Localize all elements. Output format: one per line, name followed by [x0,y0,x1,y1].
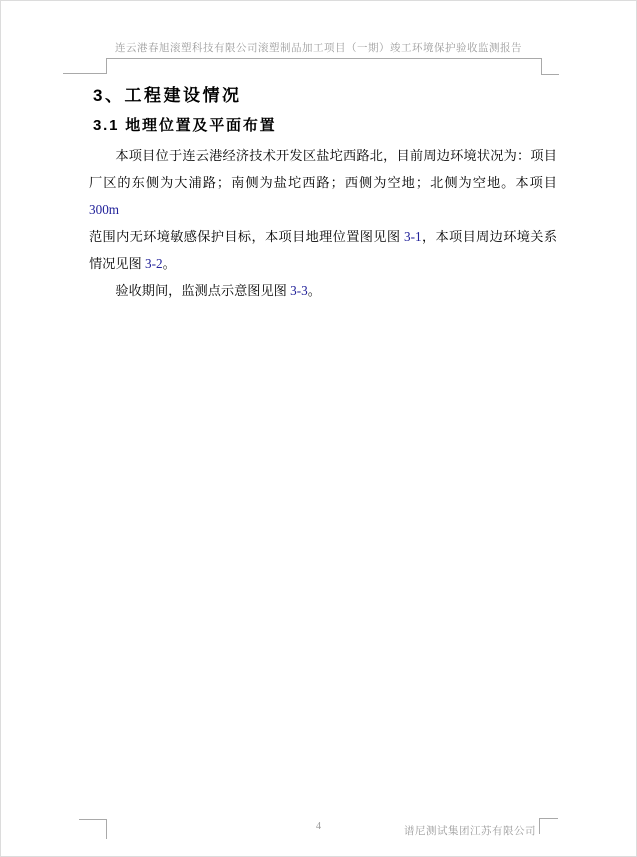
subsection-heading: 3.1 地理位置及平面布置 [93,114,276,135]
corner-mark-top-left-vertical [106,58,107,74]
paragraph2-line1: 验收期间，监测点示意图见图 3-3。 [89,277,557,304]
paragraph1-line1: 本项目位于连云港经济技术开发区盐坨西路北，目前周边环境状况为：项目 [89,142,557,169]
paragraph1-line4: 情况见图 3-2。 [89,250,557,277]
footer-company-name: 谱尼测试集团江苏有限公司 [404,823,536,838]
section-heading: 3、工程建设情况 [93,81,241,106]
corner-mark-top-left-horizontal [63,73,107,74]
header-underline [106,58,541,59]
body-text-block: 本项目位于连云港经济技术开发区盐坨西路北，目前周边环境状况为：项目 厂区的东侧为… [89,142,557,304]
paragraph1-line3: 范围内无环境敏感保护目标，本项目地理位置图见图 3-1，本项目周边环境关系 [89,223,557,250]
corner-mark-top-right-vertical [541,58,542,75]
corner-mark-bottom-right-horizontal [539,818,558,819]
corner-mark-top-right-horizontal [541,74,559,75]
paragraph1-line2: 厂区的东侧为大浦路；南侧为盐坨西路；西侧为空地；北侧为空地。本项目 300m [89,169,557,223]
header-report-title: 连云港春旭滚塑科技有限公司滚塑制品加工项目（一期）竣工环境保护验收监测报告 [1,40,636,55]
corner-mark-bottom-left-horizontal [79,819,107,820]
page-number: 4 [1,821,636,832]
report-page: 连云港春旭滚塑科技有限公司滚塑制品加工项目（一期）竣工环境保护验收监测报告 3、… [0,0,637,857]
